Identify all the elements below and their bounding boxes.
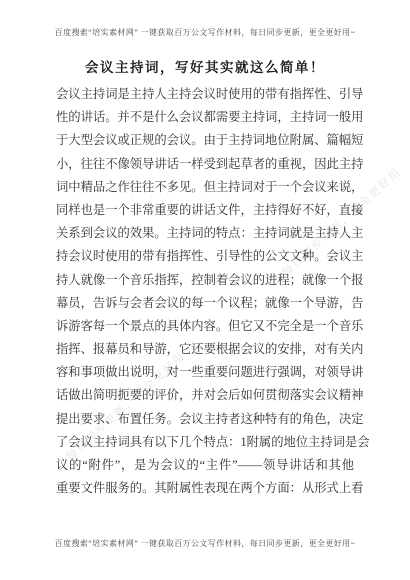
document-page: 每日同步更新，更全更好用 每日同步更新，更全更好用 百度搜索“培实素材网” 一键… bbox=[0, 0, 410, 580]
body-line: 会议主持词是主持人主持会议时使用的带有指挥性、引导 bbox=[56, 83, 354, 106]
body-line: 持人就像一个音乐指挥，控制着会议的进程；就像一个报 bbox=[56, 269, 354, 292]
body-line: 了会议主持词具有以下几个特点：1附属的地位主持词是会 bbox=[56, 431, 354, 454]
body-line: 议的“附件”，是为会议的“主件”——领导讲话和其他 bbox=[56, 454, 354, 477]
body-line: 重要文件服务的。其附属性表现在两个方面：从形式上看 bbox=[56, 477, 354, 500]
body-line: 提出要求、布置任务。会议主持者这种特有的角色，决定 bbox=[56, 408, 354, 431]
body-line: 话做出简明扼要的评价，并对会后如何贯彻落实会议精神 bbox=[56, 384, 354, 407]
body-line: 幕员，告诉与会者会议的每一个议程；就像一个导游，告 bbox=[56, 292, 354, 315]
page-header-promo: 百度搜索“培实素材网” 一键获取百万公文写作材料，每日同步更新，更全更好用~ bbox=[0, 27, 410, 38]
body-line: 同样也是一个非常重要的讲话文件，主持得好不好，直接 bbox=[56, 199, 354, 222]
body-line: 指挥、报幕员和导游，它还要根据会议的安排，对有关内 bbox=[56, 338, 354, 361]
body-line: 词中精品之作往往不多见。但主持词对于一个会议来说， bbox=[56, 176, 354, 199]
body-line: 持会议时使用的带有指挥性、引导性的公文文种。会议主 bbox=[56, 245, 354, 268]
body-line: 小，往往不像领导讲话一样受到起草者的重视，因此主持 bbox=[56, 153, 354, 176]
body-line: 容和事项做出说明，对一些重要问题进行强调，对领导讲 bbox=[56, 361, 354, 384]
body-line: 于大型会议或正规的会议。由于主持词地位附属、篇幅短 bbox=[56, 129, 354, 152]
body-line: 诉游客每一个景点的具体内容。但它又不完全是一个音乐 bbox=[56, 315, 354, 338]
body-line: 关系到会议的效果。主持词的特点：主持词就是主持人主 bbox=[56, 222, 354, 245]
document-body: 会议主持词是主持人主持会议时使用的带有指挥性、引导 性的讲话。并不是什么会议都需… bbox=[56, 83, 354, 500]
page-footer-promo: 百度搜索“培实素材网” 一键获取百万公文写作材料，每日同步更新，更全更好用~ bbox=[0, 538, 410, 549]
page-title: 会议主持词，写好其实就这么简单！ bbox=[0, 56, 410, 76]
body-line: 性的讲话。并不是什么会议都需要主持词，主持词一般用 bbox=[56, 106, 354, 129]
